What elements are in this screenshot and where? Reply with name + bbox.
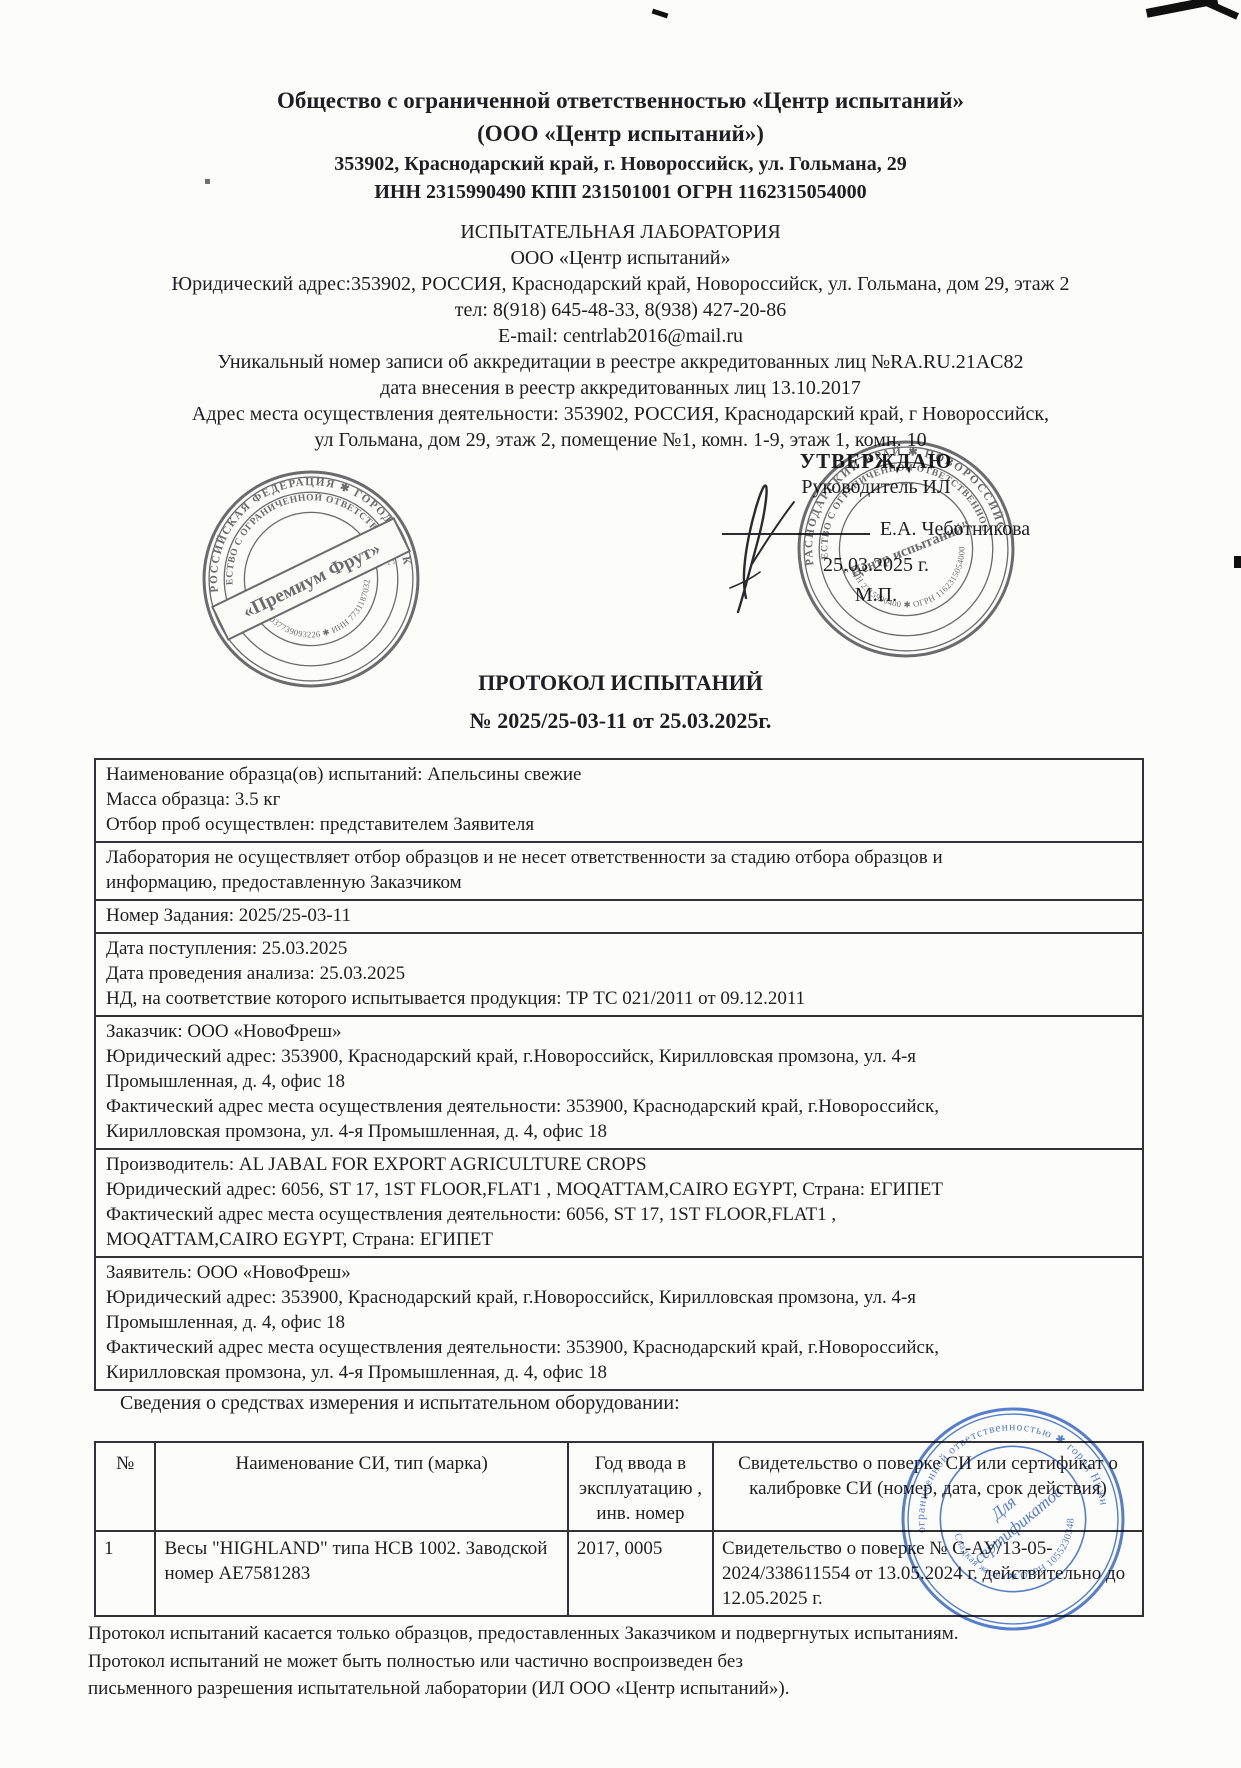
text-line: Заказчик: ООО «НовоФреш»: [106, 1019, 1132, 1044]
text-line: Фактический адрес места осуществления де…: [106, 1202, 1132, 1227]
text-line: Дата проведения анализа: 25.03.2025: [106, 961, 1132, 986]
lab-accreditation-number: Уникальный номер записи об аккредитации …: [40, 349, 1201, 375]
table-row: Наименование образца(ов) испытаний: Апел…: [96, 760, 1142, 841]
lab-legal-address: Юридический адрес:353902, РОССИЯ, Красно…: [40, 271, 1201, 297]
text-line: НД, на соответствие которого испытываетс…: [106, 986, 1132, 1011]
col-header-number: №: [95, 1442, 155, 1531]
org-address: 353902, Краснодарский край, г. Новоросси…: [0, 150, 1241, 178]
text-line: Дата поступления: 25.03.2025: [106, 936, 1132, 961]
text-line: Промышленная, д. 4, офис 18: [106, 1069, 1132, 1094]
footer-notes: Протокол испытаний касается только образ…: [88, 1620, 1163, 1703]
lab-title: ИСПЫТАТЕЛЬНАЯ ЛАБОРАТОРИЯ: [40, 219, 1201, 245]
text-line: Кирилловская промзона, ул. 4-я Промышлен…: [106, 1119, 1132, 1144]
sample-info-table: Наименование образца(ов) испытаний: Апел…: [94, 758, 1144, 1391]
text-line: Промышленная, д. 4, офис 18: [106, 1310, 1132, 1335]
stamp-centr-ispytaniy: КРАСНОДАРСКИЙ КРАЙ ✱ НОВОРОССИЙСК ОБЩЕСТ…: [775, 418, 1037, 680]
instruments-heading: Сведения о средствах измерения и испытат…: [120, 1392, 680, 1415]
text-line: Наименование образца(ов) испытаний: Апел…: [106, 762, 1132, 787]
instrument-number: 1: [95, 1531, 155, 1616]
text-line: Кирилловская промзона, ул. 4-я Промышлен…: [106, 1360, 1132, 1385]
text-line: Лаборатория не осуществляет отбор образц…: [106, 845, 1132, 870]
scan-artifact: [652, 9, 669, 19]
protocol-number: № 2025/25-03-11 от 25.03.2025г.: [0, 702, 1241, 740]
lab-accreditation-date: дата внесения в реестр аккредитованных л…: [40, 375, 1201, 401]
protocol-title-block: ПРОТОКОЛ ИСПЫТАНИЙ № 2025/25-03-11 от 25…: [0, 664, 1241, 740]
text-line: Юридический адрес: 353900, Краснодарский…: [106, 1044, 1132, 1069]
lab-phone: тел: 8(918) 645-48-33, 8(938) 427-20-86: [40, 297, 1201, 323]
document-page: Общество с ограниченной ответственностью…: [0, 0, 1241, 1768]
footer-line: Протокол испытаний не может быть полност…: [88, 1648, 1163, 1676]
org-short-name: (ООО «Центр испытаний»): [0, 117, 1241, 150]
table-row: Заявитель: ООО «НовоФреш»Юридический адр…: [96, 1256, 1142, 1389]
table-row: Номер Задания: 2025/25-03-11: [96, 899, 1142, 932]
lab-name: ООО «Центр испытаний»: [40, 245, 1201, 271]
table-row: Заказчик: ООО «НовоФреш»Юридический адре…: [96, 1015, 1142, 1148]
text-line: MOQATTAM,CAIRO EGYPT, Страна: ЕГИПЕТ: [106, 1227, 1132, 1252]
text-line: Фактический адрес места осуществления де…: [106, 1094, 1132, 1119]
text-line: Номер Задания: 2025/25-03-11: [106, 903, 1132, 928]
table-row: Лаборатория не осуществляет отбор образц…: [96, 841, 1142, 899]
lab-activity-address-1: Адрес места осуществления деятельности: …: [40, 401, 1201, 427]
footer-line: Протокол испытаний касается только образ…: [88, 1620, 1163, 1648]
scan-artifact: [1205, 0, 1239, 20]
protocol-title: ПРОТОКОЛ ИСПЫТАНИЙ: [0, 664, 1241, 702]
col-header-year: Год ввода в эксплуатацию , инв. номер: [568, 1442, 713, 1531]
org-codes: ИНН 2315990490 КПП 231501001 ОГРН 116231…: [0, 178, 1241, 206]
document-header: Общество с ограниченной ответственностью…: [0, 84, 1241, 206]
stamp-blue-certificates: Общество с ограниченной ответственностью…: [884, 1390, 1142, 1648]
lab-email: E-mail: centrlab2016@mail.ru: [40, 323, 1201, 349]
text-line: Масса образца: 3.5 кг: [106, 787, 1132, 812]
footer-line: письменного разрешения испытательной лаб…: [88, 1675, 1163, 1703]
text-line: Юридический адрес: 353900, Краснодарский…: [106, 1285, 1132, 1310]
text-line: Заявитель: ООО «НовоФреш»: [106, 1260, 1132, 1285]
text-line: Юридический адрес: 6056, ST 17, 1ST FLOO…: [106, 1177, 1132, 1202]
laboratory-block: ИСПЫТАТЕЛЬНАЯ ЛАБОРАТОРИЯ ООО «Центр исп…: [40, 219, 1201, 453]
scan-artifact: [1234, 556, 1241, 568]
text-line: Отбор проб осуществлен: представителем З…: [106, 812, 1132, 837]
instrument-year: 2017, 0005: [568, 1531, 713, 1616]
text-line: Производитель: AL JABAL FOR EXPORT AGRIC…: [106, 1152, 1132, 1177]
col-header-name: Наименование СИ, тип (марка): [155, 1442, 567, 1531]
text-line: Фактический адрес места осуществления де…: [106, 1335, 1132, 1360]
text-line: информацию, предоставленную Заказчиком: [106, 870, 1132, 895]
instrument-name: Весы "HIGHLAND" типа НСВ 1002. Заводской…: [155, 1531, 567, 1616]
table-row: Производитель: AL JABAL FOR EXPORT AGRIC…: [96, 1148, 1142, 1256]
table-row: Дата поступления: 25.03.2025Дата проведе…: [96, 932, 1142, 1015]
org-full-name: Общество с ограниченной ответственностью…: [0, 84, 1241, 117]
